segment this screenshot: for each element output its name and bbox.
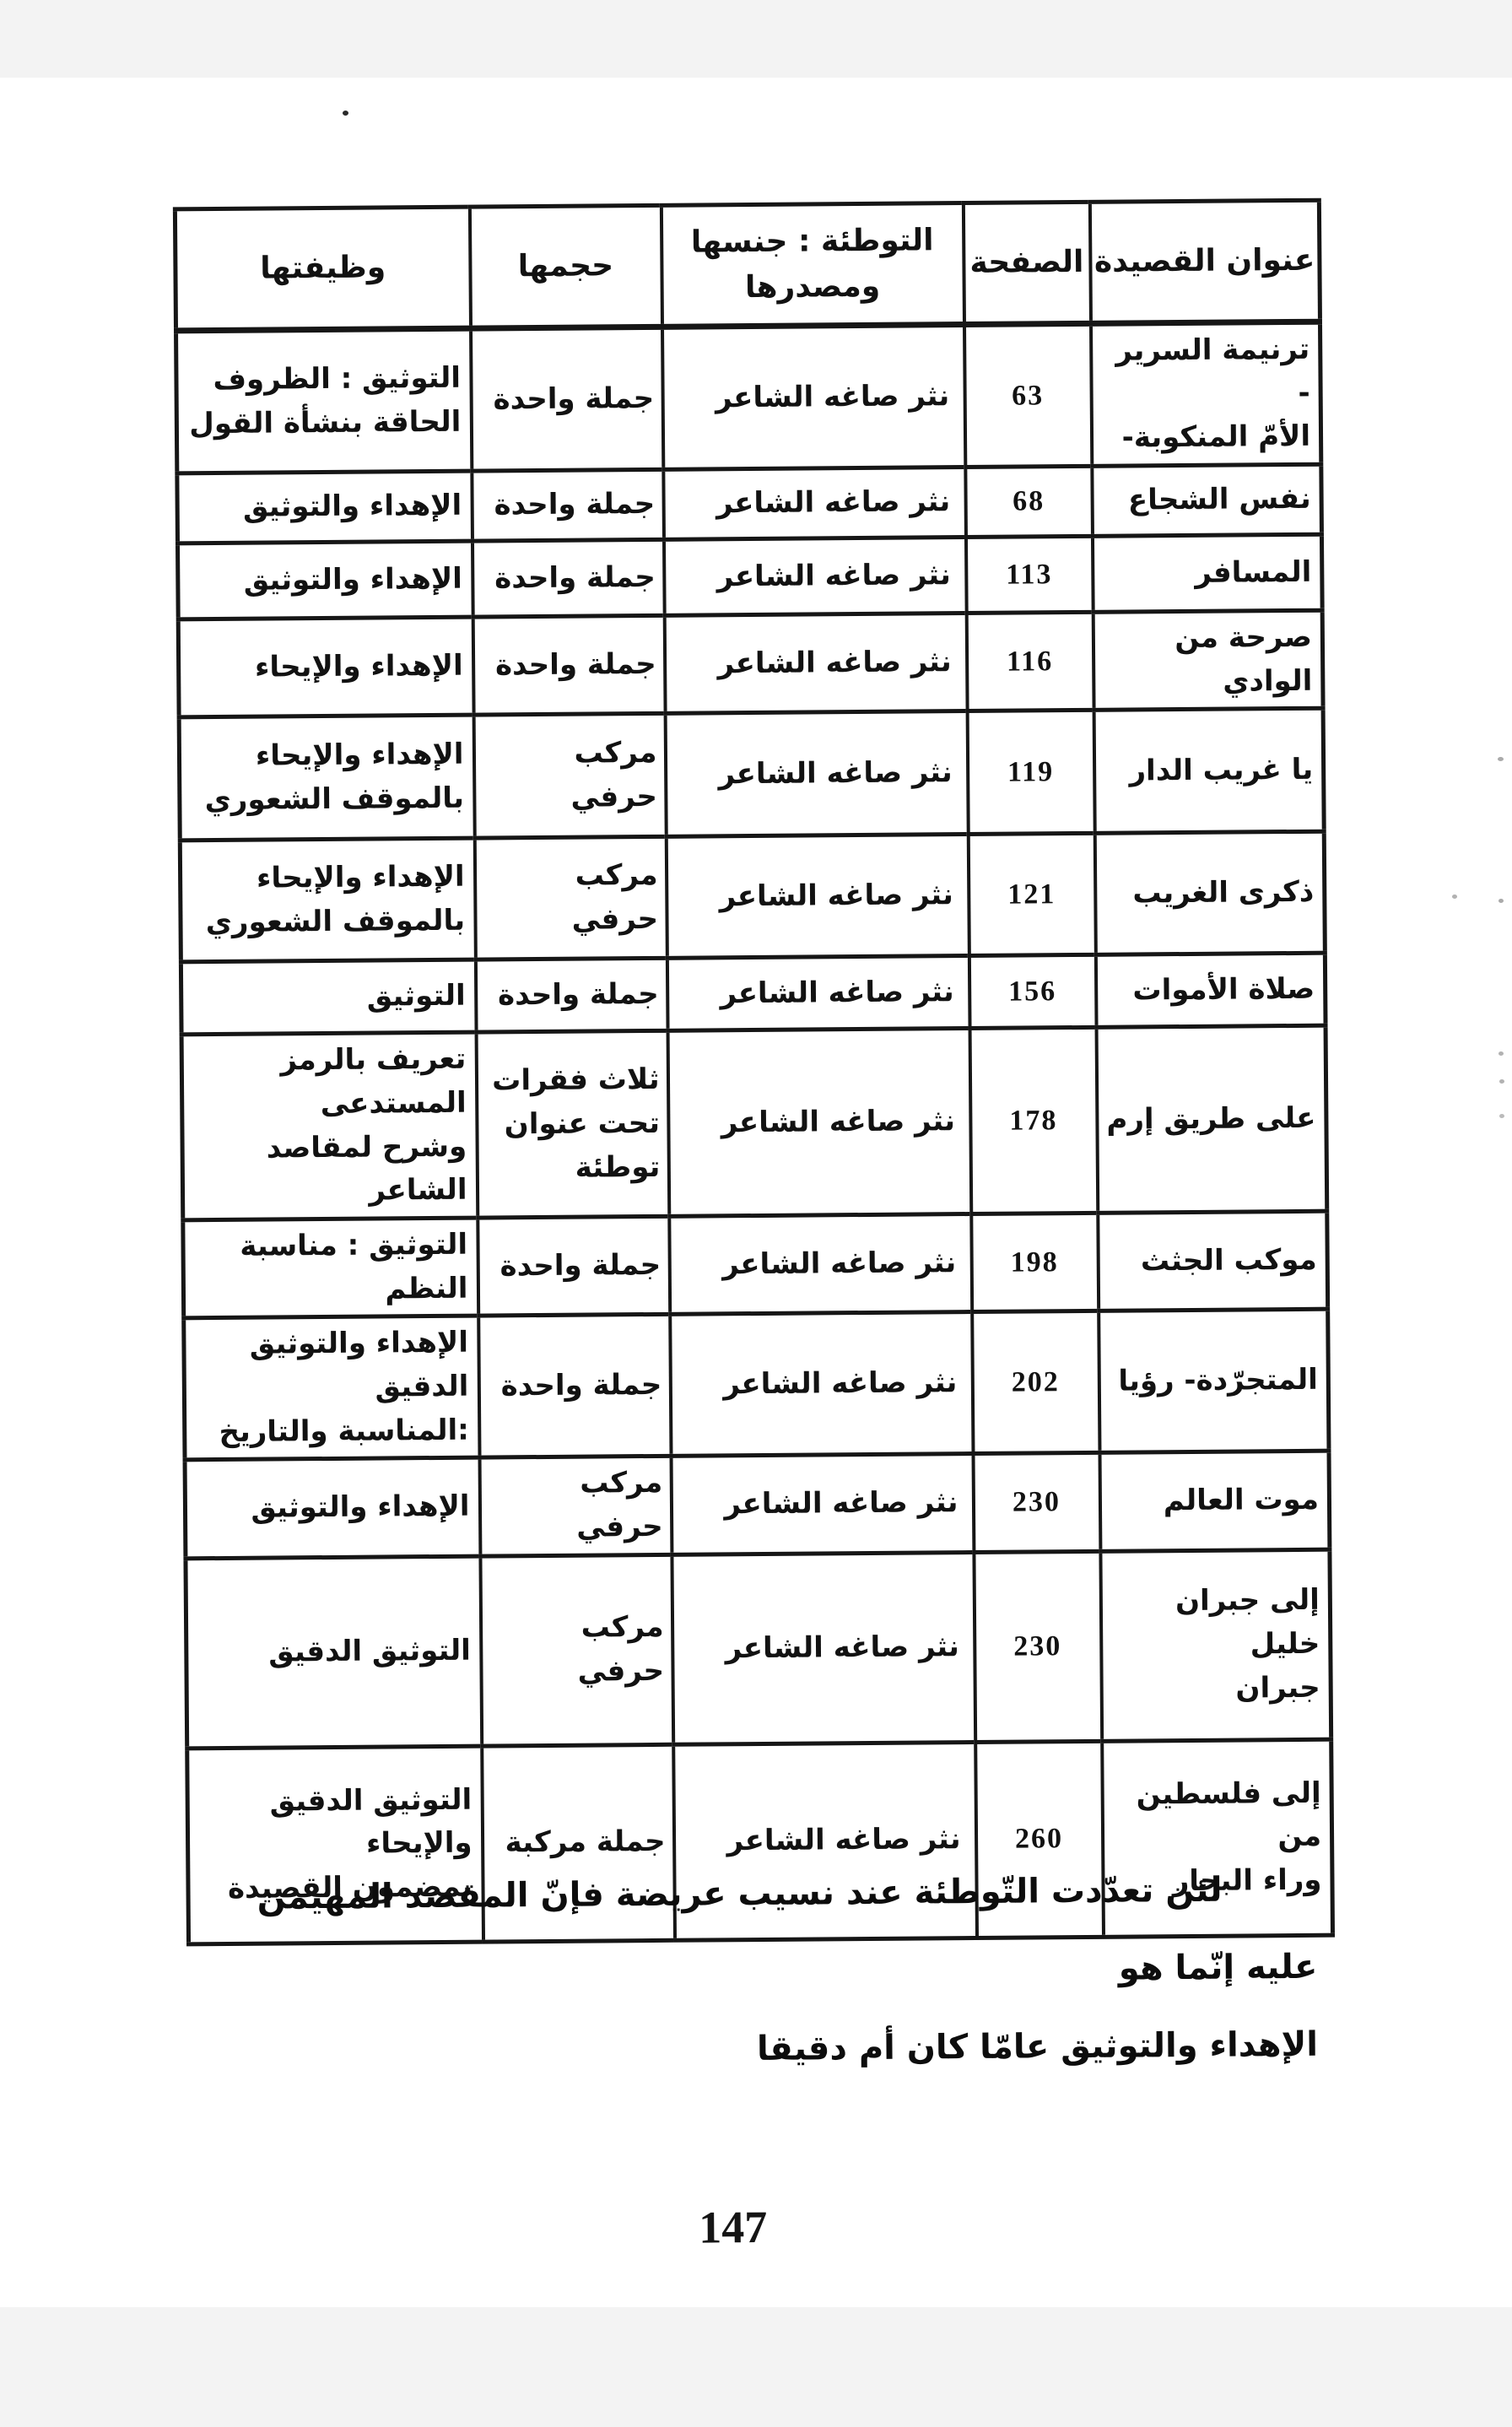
page-number-cell: 63 — [964, 323, 1091, 467]
document-page: عنوان القصيدة الصفحة التوطئة : جنسها ومص… — [0, 0, 1512, 2427]
column-header-size: حجمها — [469, 205, 661, 328]
table-row: نفس الشجاع 68 نثر صاغه الشاعر جملة واحدة… — [177, 464, 1322, 543]
preface-type-cell: نثر صاغه الشاعر — [665, 711, 968, 837]
poem-title-cell: نفس الشجاع — [1092, 464, 1322, 536]
preface-size-cell: جملة واحدة — [471, 327, 663, 471]
preface-function-cell: التوثيق : الظروف الحاقة بنشأة القول — [176, 328, 472, 473]
column-header-poem-title: عنوان القصيدة — [1089, 200, 1320, 323]
preface-type-cell: نثر صاغه الشاعر — [663, 538, 966, 616]
preface-function-cell: الإهداء والإيحاء بالموقف الشعوري — [179, 715, 474, 841]
table-row: موت العالم 230 نثر صاغه الشاعر مركب حرفي… — [185, 1451, 1330, 1559]
page-number-cell: 121 — [968, 834, 1095, 956]
preface-function-cell: الإهداء والتوثيق — [185, 1458, 480, 1559]
page-number-cell: 113 — [965, 536, 1093, 613]
preface-size-cell: جملة واحدة — [478, 1216, 670, 1316]
preface-size-cell: جملة واحدة — [475, 959, 667, 1033]
scan-speck — [1498, 899, 1504, 903]
table-row: موكب الجثث 198 نثر صاغه الشاعر جملة واحد… — [183, 1211, 1328, 1318]
preface-size-cell: جملة واحدة — [472, 615, 665, 715]
preface-type-cell: نثر صاغه الشاعر — [663, 468, 966, 540]
poem-title-cell: موكب الجثث — [1098, 1211, 1328, 1311]
preface-size-cell: جملة واحدة — [472, 539, 664, 617]
table-row: صرحة من الوادي 116 نثر صاغه الشاعر جملة … — [178, 610, 1323, 717]
table-row: ذكرى الغريب 121 نثر صاغه الشاعر مركب حرف… — [180, 832, 1325, 963]
table-row: على طريق إرم 178 نثر صاغه الشاعر ثلاث فق… — [181, 1026, 1327, 1220]
preface-size-cell: جملة واحدة — [472, 469, 664, 541]
page-number: 147 — [648, 2200, 817, 2254]
preface-type-cell: نثر صاغه الشاعر — [662, 325, 965, 470]
preface-type-cell: نثر صاغه الشاعر — [667, 1029, 971, 1216]
page-number-cell: 178 — [969, 1028, 1098, 1214]
preface-size-cell: مركب حرفي — [473, 714, 666, 839]
preface-size-cell: جملة واحدة — [478, 1315, 671, 1458]
table-row: المتجرّدة- رؤيا 202 نثر صاغه الشاعر جملة… — [184, 1310, 1329, 1461]
page-number-cell: 202 — [972, 1311, 1099, 1454]
table-row: ترنيمة السرير - الأمّ المنكوبة- 63 نثر ص… — [176, 322, 1321, 473]
poem-title-cell: إلى جبران خليل جبران — [1100, 1549, 1331, 1741]
preface-function-cell: الإهداء والتوثيق — [177, 471, 472, 543]
preface-function-cell: الإهداء والإيحاء — [178, 617, 473, 717]
preface-function-cell: التوثيق : مناسبة النظم — [183, 1218, 478, 1318]
preface-type-cell: نثر صاغه الشاعر — [672, 1552, 975, 1744]
preface-function-cell: التوثيق الدقيق — [186, 1556, 482, 1749]
poem-title-cell: ذكرى الغريب — [1094, 832, 1325, 955]
poem-title-cell: صلاة الأموات — [1095, 954, 1326, 1028]
preface-type-cell: نثر صاغه الشاعر — [669, 1214, 972, 1315]
preface-size-cell: مركب حرفي — [474, 837, 667, 960]
page-number-cell: 116 — [966, 612, 1093, 711]
scan-speck — [1498, 1051, 1504, 1056]
column-header-preface-type: التوطئة : جنسها ومصدرها — [661, 203, 964, 327]
preface-function-cell: الإهداء والتوثيق الدقيق :المناسبة والتار… — [184, 1316, 479, 1460]
poem-title-cell: المسافر — [1092, 534, 1322, 612]
page-number-cell: 198 — [971, 1213, 1099, 1312]
poem-title-cell: المتجرّدة- رؤيا — [1099, 1310, 1329, 1453]
scan-speck — [1452, 895, 1457, 899]
poem-title-cell: ترنيمة السرير - الأمّ المنكوبة- — [1090, 322, 1320, 466]
preface-size-cell: مركب حرفي — [480, 1554, 673, 1746]
scanned-content: عنوان القصيدة الصفحة التوطئة : جنسها ومص… — [0, 0, 1512, 2427]
table-row: صلاة الأموات 156 نثر صاغه الشاعر جملة وا… — [181, 954, 1326, 1035]
table-row: إلى جبران خليل جبران 230 نثر صاغه الشاعر… — [186, 1549, 1331, 1749]
preface-function-cell: الإهداء والإيحاء بالموقف الشعوري — [180, 838, 475, 962]
scan-speck — [1499, 1079, 1504, 1084]
preface-size-cell: مركب حرفي — [479, 1457, 672, 1556]
page-number-cell: 156 — [969, 955, 1096, 1029]
preface-analysis-table: عنوان القصيدة الصفحة التوطئة : جنسها ومص… — [173, 198, 1335, 1946]
page-number-cell: 230 — [974, 1551, 1102, 1742]
preface-type-cell: نثر صاغه الشاعر — [664, 614, 967, 714]
conclusion-paragraph: لئن تعدّدت التّوطئة عند نسيب عريضة فإنّ … — [202, 1851, 1318, 2092]
column-header-page: الصفحة — [963, 202, 1090, 324]
scan-speck — [343, 111, 348, 116]
poem-title-cell: موت العالم — [1099, 1451, 1330, 1551]
preface-type-cell: نثر صاغه الشاعر — [666, 835, 969, 959]
scan-speck — [1498, 757, 1504, 761]
poem-title-cell: صرحة من الوادي — [1093, 610, 1323, 710]
table-row: يا غريب الدار 119 نثر صاغه الشاعر مركب ح… — [179, 709, 1324, 841]
page-number-cell: 68 — [965, 466, 1093, 537]
column-header-function: وظيفتها — [175, 207, 470, 331]
preface-type-cell: نثر صاغه الشاعر — [667, 956, 969, 1031]
scan-speck — [1499, 1114, 1504, 1118]
preface-function-cell: الإهداء والتوثيق — [178, 541, 473, 619]
table-header-row: عنوان القصيدة الصفحة التوطئة : جنسها ومص… — [175, 200, 1320, 331]
page-number-cell: 119 — [967, 711, 1094, 835]
preface-type-cell: نثر صاغه الشاعر — [671, 1454, 974, 1554]
poem-title-cell: يا غريب الدار — [1093, 709, 1324, 834]
preface-function-cell: التوثيق — [181, 959, 476, 1035]
preface-function-cell: تعريف بالرمز المستدعى وشرح لمقاصد الشاعر — [181, 1032, 478, 1219]
preface-size-cell: ثلاث فقرات تحت عنوان توطئة — [476, 1031, 669, 1218]
page-number-cell: 230 — [973, 1453, 1100, 1553]
poem-title-cell: على طريق إرم — [1096, 1026, 1327, 1213]
table-row: المسافر 113 نثر صاغه الشاعر جملة واحدة ا… — [178, 534, 1323, 619]
preface-type-cell: نثر صاغه الشاعر — [670, 1312, 973, 1457]
